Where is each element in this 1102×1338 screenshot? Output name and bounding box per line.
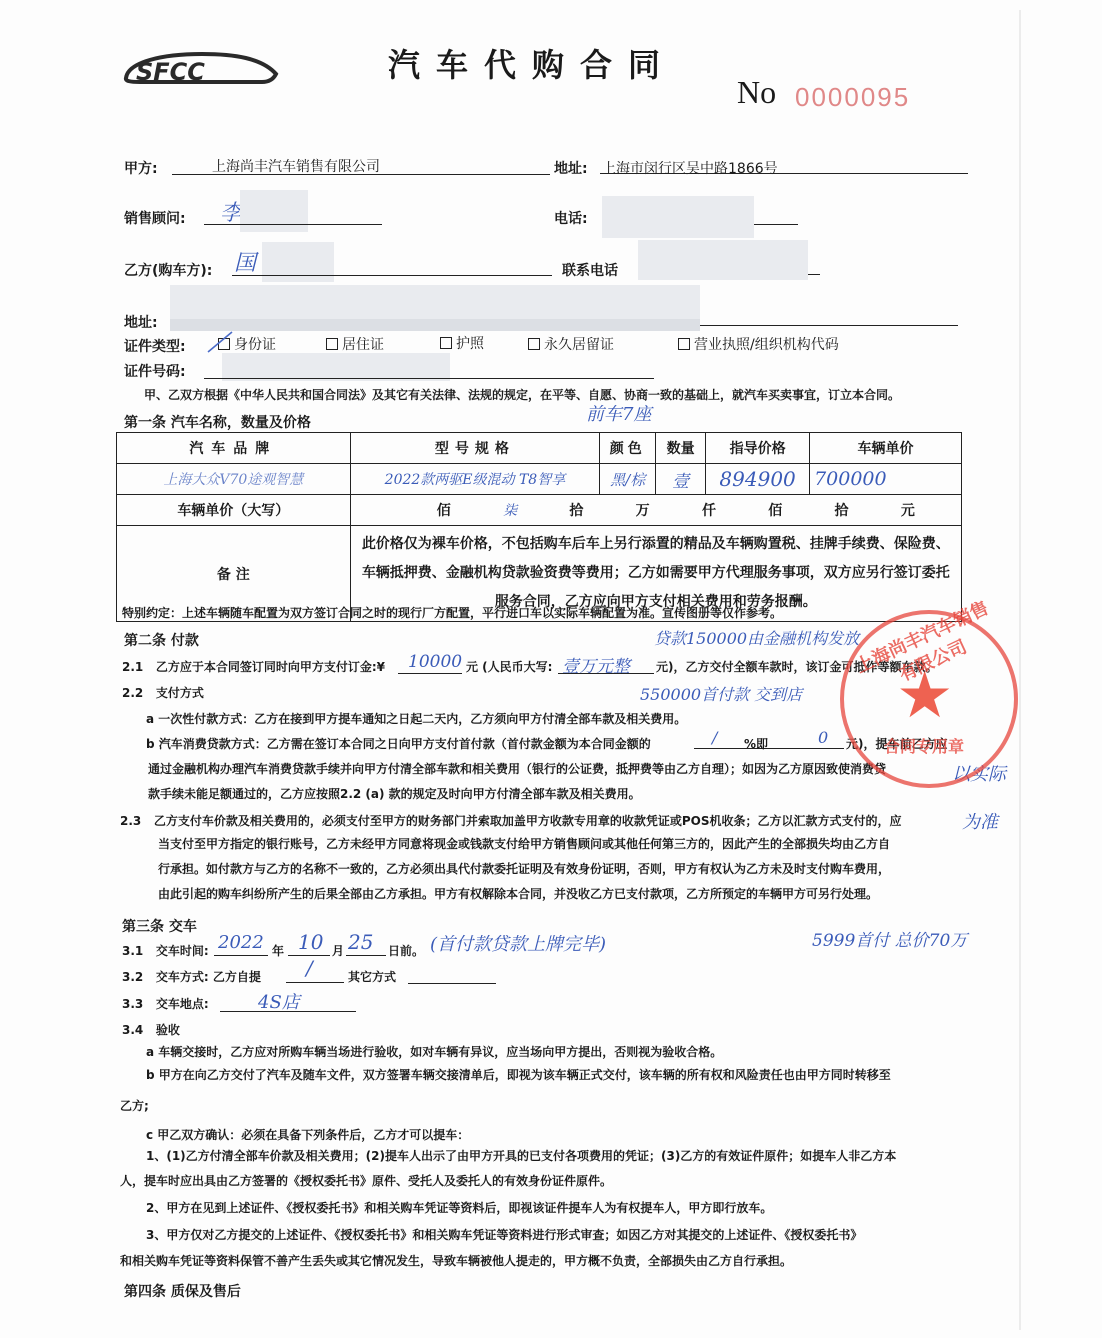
checkbox[interactable]: [678, 338, 690, 350]
delivery-note: (首付款贷款上牌完毕): [430, 930, 606, 956]
party-a-value: 上海尚丰汽车销售有限公司: [212, 156, 380, 176]
address-b-label: 地址:: [124, 312, 158, 332]
header-brand: 汽车品牌: [117, 433, 351, 464]
address-a-value: 上海市闵行区吴中路1866号: [602, 158, 778, 178]
party-a-label: 甲方:: [124, 158, 158, 178]
clause-3-4-b: b 甲方在向乙方交付了汽车及随车文件，双方签署车辆交接清单后，即视为该车辆正式交…: [146, 1066, 891, 1083]
clause-2-2-b: b 汽车消费贷款方式：乙方需在签订本合同之日向甲方支付首付款（首付款金额为本合同…: [146, 735, 651, 752]
id-type-label: 证件类型:: [124, 336, 186, 356]
vehicle-table: 汽车品牌 型号规格 颜色 数量 指导价格 车辆单价 上海大众V70途观智慧 20…: [116, 432, 962, 622]
header-color: 颜色: [600, 433, 656, 464]
clause-3-2: 3.2 交车方式: 乙方自提: [122, 968, 261, 985]
capital-label: 车辆单价（大写）: [117, 495, 351, 526]
checkbox[interactable]: [528, 338, 540, 350]
handwritten-side-note: 为准: [962, 808, 998, 834]
clause-2-3: 2.3 乙方支付车价款及相关费用的，必须支付至甲方的财务部门并索取加盖甲方收款专…: [120, 812, 901, 829]
id-type-option[interactable]: 居住证: [326, 334, 384, 354]
redacted-sales-name: [240, 190, 308, 232]
article-3-heading: 第三条 交车: [122, 916, 197, 936]
clause-2-2-a: a 一次性付款方式：乙方在接到甲方提车通知之日起二天内，乙方须向甲方付清全部车款…: [146, 710, 686, 727]
page-edge: [1019, 10, 1021, 1330]
header-unit-price: 车辆单价: [810, 433, 962, 464]
cell-guide-price: 894900: [706, 464, 810, 495]
cell-quantity: 壹: [656, 464, 706, 495]
article-2-heading: 第二条 付款: [124, 630, 199, 650]
clause-2-2: 2.2 支付方式: [122, 684, 204, 701]
cell-brand: 上海大众V70途观智慧: [117, 464, 351, 495]
phone-label: 电话:: [554, 208, 588, 228]
clause-3-3: 3.3 交车地点:: [122, 995, 209, 1012]
article-1-heading: 第一条 汽车名称，数量及价格: [124, 412, 311, 432]
id-type-option[interactable]: 营业执照/组织机构代码: [678, 334, 839, 354]
contact-phone-label: 联系电话: [562, 260, 618, 280]
party-b-value: 国: [234, 246, 256, 277]
cell-unit-price: 700000: [810, 464, 962, 495]
seal-star-icon: ★: [896, 659, 953, 733]
sales-label: 销售顾问:: [124, 208, 186, 228]
contract-page: SFCC 汽车代购合同 No 0000095 甲方: 上海尚丰汽车销售有限公司 …: [0, 0, 1102, 1338]
table-row: 上海大众V70途观智慧 2022款两驱E级混动 T8智享 黑/棕 壹 89490…: [117, 464, 962, 495]
number-label: No: [737, 74, 776, 111]
header-quantity: 数量: [656, 433, 706, 464]
party-b-label: 乙方(购车方):: [124, 260, 212, 280]
capital-hw-digit: 柒: [503, 500, 517, 520]
svg-text:SFCC: SFCC: [136, 58, 205, 86]
article-4-heading: 第四条 质保及售后: [124, 1281, 241, 1301]
delivery-month: 10: [298, 930, 323, 954]
checkmark-stroke-icon: [206, 330, 236, 354]
address-a-label: 地址:: [554, 158, 588, 178]
handwritten-downpayment-note: 550000首付款 交到店: [640, 682, 802, 705]
clause-3-4: 3.4 验收: [122, 1021, 180, 1038]
handwritten-total-note: 5999首付 总价70万: [812, 926, 967, 951]
delivery-day: 25: [348, 930, 373, 954]
serial-number: 0000095: [795, 82, 910, 113]
table-header-row: 汽车品牌 型号规格 颜色 数量 指导价格 车辆单价: [117, 433, 962, 464]
seal-bottom-text: 合同专用章: [884, 734, 964, 757]
capital-price-row: 车辆单价（大写） 佰 柒 拾 万 仟 佰 拾 元: [117, 495, 962, 526]
checkbox[interactable]: [326, 338, 338, 350]
redacted-contact-phone: [638, 240, 808, 280]
clause-3-1: 3.1 交车时间:: [122, 942, 209, 959]
clause-2-1: 2.1 乙方应于本合同签订同时向甲方支付订金:¥: [122, 658, 385, 675]
id-type-option[interactable]: 护照: [440, 333, 484, 353]
redacted-id-number: [222, 353, 450, 381]
redacted-address: [170, 285, 700, 319]
company-seal: 上海尚丰汽车销售有限公司 ★ 合同专用章: [840, 610, 1018, 788]
id-type-option[interactable]: 永久居留证: [528, 334, 614, 354]
handwritten-loan-note: 贷款150000由金融机构发放: [654, 626, 859, 649]
clause-3-4-a: a 车辆交接时，乙方应对所购车辆当场进行验收，如对车辆有异议，应当场向甲方提出，…: [146, 1043, 722, 1060]
cell-color: 黑/棕: [600, 464, 656, 495]
redacted-buyer-name: [262, 242, 334, 282]
id-number-label: 证件号码:: [124, 361, 186, 381]
contract-title: 汽车代购合同: [388, 40, 676, 86]
header-model: 型号规格: [350, 433, 600, 464]
redacted-phone: [602, 196, 754, 238]
delivery-year: 2022: [218, 932, 264, 953]
clause-3-4-c: c 甲乙双方确认：必须在具备下列条件后，乙方才可以提车：: [146, 1126, 469, 1143]
preamble: 甲、乙双方根据《中华人民共和国合同法》及其它有关法律、法规的规定，在平等、自愿、…: [144, 386, 900, 403]
sfcc-logo-icon: SFCC: [122, 48, 280, 88]
cell-model: 2022款两驱E级混动 T8智享: [350, 464, 600, 495]
handwritten-note: 前车7座: [586, 400, 651, 426]
header-guide-price: 指导价格: [706, 433, 810, 464]
sales-value: 李: [220, 196, 242, 227]
checkbox[interactable]: [440, 337, 452, 349]
special-terms: 特别约定：上述车辆随车配置为双方签订合同之时的现行厂方配置，平行进口车以实际车辆…: [122, 604, 782, 621]
deposit-amount: 10000: [408, 652, 462, 672]
